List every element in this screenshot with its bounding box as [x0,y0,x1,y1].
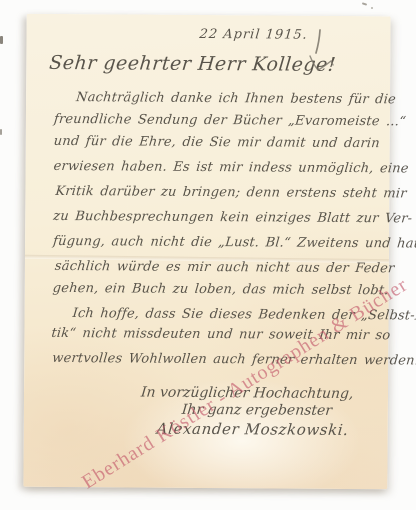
letter-line: gehen, ein Buch zu loben, das mich selbs… [52,281,389,298]
letter-closing: In vorzüglicher Hochachtung, [140,385,354,402]
letter-line: freundliche Sendung der Bücher „Evaromei… [53,112,407,129]
letter-date: 22 April 1915. [199,27,309,43]
scan-speck [0,36,3,44]
letter-line: zu Buchbesprechungen kein einziges Blatt… [53,209,413,226]
letter-line: Ich hoffe, dass Sie dieses Bedenken der … [72,306,416,324]
letter-signoff: Ihr ganz ergebenster [181,402,333,419]
scan-speck [0,129,2,135]
scan-speck [362,2,367,5]
letter-salutation: Sehr geehrter Herr Kollege! [48,52,337,76]
letter-paper: 22 April 1915. Sehr geehrter Herr Kolleg… [23,14,390,490]
scan-background: 22 April 1915. Sehr geehrter Herr Kolleg… [0,0,416,510]
scan-speck [371,7,373,9]
letter-line: wertvolles Wohlwollen auch ferner erhalt… [52,351,416,369]
letter-line: erwiesen haben. Es ist mir indess unmögl… [53,159,409,176]
letter-line: Kritik darüber zu bringen; denn erstens … [55,184,408,201]
letter-line: sächlich würde es mir auch nicht aus der… [54,259,395,276]
letter-line: fügung, auch nicht die „Lust. Bl.“ Zweit… [52,234,416,252]
letter-line: tik“ nicht missdeuten und nur soweit Ihr… [51,326,391,343]
letter-line: und für die Ehre, die Sie mir damit und … [53,134,380,151]
letter-line: Nachträglich danke ich Ihnen bestens für… [75,90,396,107]
letter-signature: Alexander Moszkowski. [156,420,350,439]
